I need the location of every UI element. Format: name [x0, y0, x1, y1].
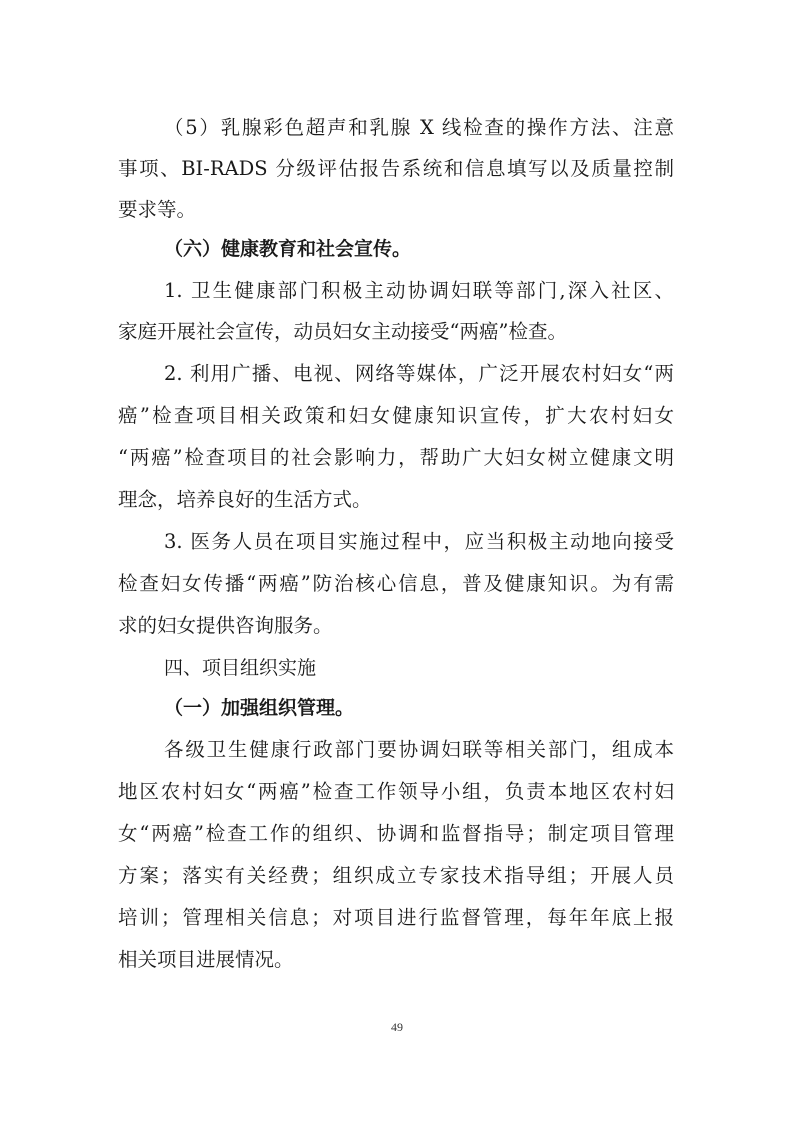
text-line: 各级卫生健康行政部门要协调妇联等相关部门，组成本 [164, 730, 674, 770]
text-line: 1. 卫生健康部门积极主动协调妇联等部门,深入社区、 [164, 271, 674, 311]
text-line: 2. 利用广播、电视、网络等媒体，广泛开展农村妇女“两 [164, 354, 674, 394]
text-line: 癌”检查项目相关政策和妇女健康知识宣传，扩大农村妇女 [118, 396, 674, 436]
text-line: 方案；落实有关经费；组织成立专家技术指导组；开展人员 [118, 856, 674, 896]
page-number: 49 [0, 1020, 794, 1035]
text-line: 培训；管理相关信息；对项目进行监督管理，每年年底上报 [118, 898, 674, 938]
text-line: 理念，培养良好的生活方式。 [118, 480, 372, 520]
section-heading-implementation: 四、项目组织实施 [164, 648, 316, 688]
text-line: 相关项目进展情况。 [118, 940, 294, 980]
subheading-health-education: （六）健康教育和社会宣传。 [164, 229, 411, 269]
subheading-organization-management: （一）加强组织管理。 [164, 688, 354, 728]
text-line: 3. 医务人员在项目实施过程中，应当积极主动地向接受 [164, 522, 674, 562]
text-line: 要求等。 [118, 190, 196, 230]
text-line: 地区农村妇女“两癌”检查工作领导小组，负责本地区农村妇 [118, 772, 674, 812]
text-line: 女“两癌”检查工作的组织、协调和监督指导；制定项目管理 [118, 814, 674, 854]
text-line: “两癌”检查项目的社会影响力，帮助广大妇女树立健康文明 [118, 438, 674, 478]
text-line: 家庭开展社会宣传，动员妇女主动接受“两癌”检查。 [118, 312, 567, 352]
text-line: 检查妇女传播“两癌”防治核心信息，普及健康知识。为有需 [118, 564, 674, 604]
text-line: （5）乳腺彩色超声和乳腺 X 线检查的操作方法、注意 [164, 108, 674, 148]
text-line: 事项、BI-RADS 分级评估报告系统和信息填写以及质量控制 [118, 149, 674, 189]
text-line: 求的妇女提供咨询服务。 [118, 606, 333, 646]
